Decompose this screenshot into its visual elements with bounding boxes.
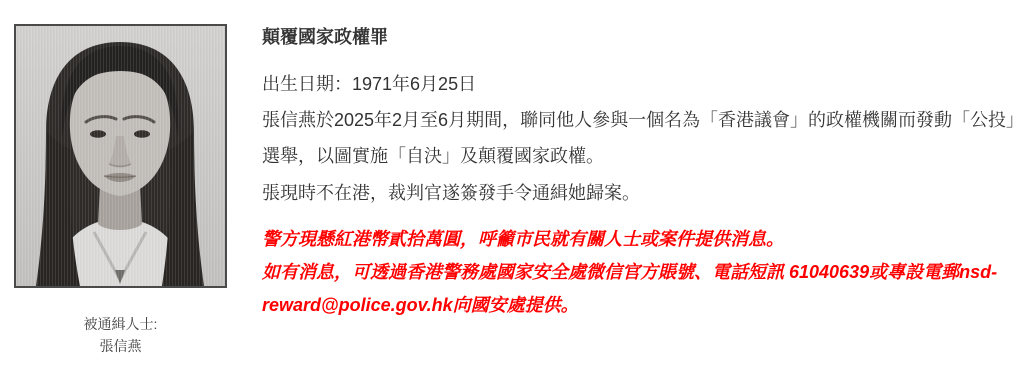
contact-prefix: 如有消息，可透過香港警務處國家安全處微信官方賬號、電話短訊 — [262, 262, 789, 282]
case-summary: 張信燕於2025年2月至6月期間，聯同他人參與一個名為「香港議會」的政權機關而發… — [262, 102, 1018, 174]
portrait-illustration — [16, 26, 225, 286]
notice-body: 顛覆國家政權罪 出生日期：1971年6月25日 張信燕於2025年2月至6月期間… — [262, 0, 1018, 322]
contact-line: 如有消息，可透過香港警務處國家安全處微信官方賬號、電話短訊 61040639或專… — [262, 256, 1018, 322]
caption-label: 被通緝人士: — [14, 313, 227, 335]
photo-caption: 被通緝人士: 張信燕 — [14, 313, 227, 357]
dob-value: 1971年6月25日 — [352, 74, 476, 94]
reward-appeal: 警方現懸紅港幣貳拾萬圓，呼籲市民就有關人士或案件提供消息。 如有消息，可透過香港… — [262, 223, 1018, 322]
dob-line: 出生日期：1971年6月25日 — [262, 72, 1018, 96]
photo-panel: 被通緝人士: 張信燕 — [14, 24, 227, 357]
reward-line: 警方現懸紅港幣貳拾萬圓，呼籲市民就有關人士或案件提供消息。 — [262, 223, 1018, 256]
charge-title: 顛覆國家政權罪 — [262, 25, 1018, 49]
wanted-notice-page: { "theme": { "colors": { "page_bg": "#ff… — [0, 0, 1024, 368]
eye-left — [90, 130, 106, 138]
dob-label: 出生日期 — [262, 74, 334, 94]
contact-mid: 或專設電郵 — [869, 262, 959, 282]
contact-suffix: 向國安處提供。 — [453, 295, 579, 315]
eye-right — [134, 130, 150, 138]
portrait-photo — [14, 24, 227, 288]
contact-phone: 61040639 — [789, 262, 869, 282]
dob-separator: ： — [334, 74, 352, 94]
caption-person-name: 張信燕 — [14, 335, 227, 357]
warrant-status: 張現時不在港，裁判官遂簽發手令通緝她歸案。 — [262, 175, 1018, 211]
